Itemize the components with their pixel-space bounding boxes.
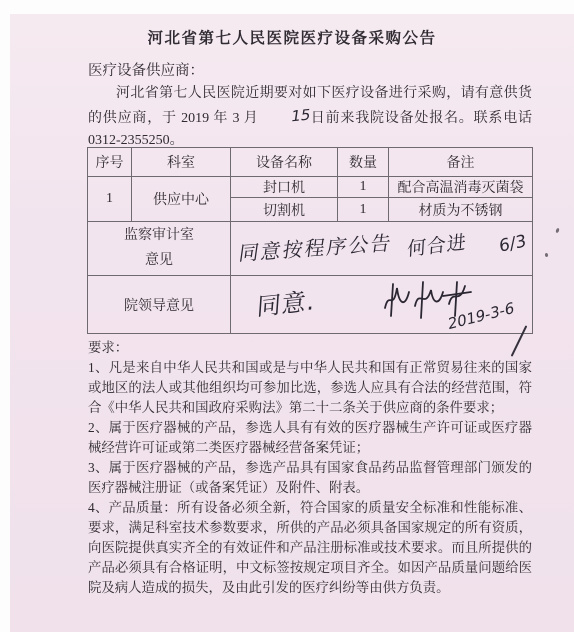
cell-note: 配合高温消毒灭菌袋 xyxy=(389,177,533,198)
audit-label-line2: 意见 xyxy=(88,249,230,274)
cell-qty: 1 xyxy=(338,177,389,198)
requirement-item-1: 1、凡是来自中华人民共和国或是与中华人民共和国有正常贸易往来的国家或地区的法人或… xyxy=(88,358,532,418)
requirement-item-3: 3、属于医疗器械的产品，参选产品具有国家食品药品监督管理部门颁发的医疗器械注册证… xyxy=(88,458,532,498)
header-cell-qty: 数量 xyxy=(338,148,389,177)
intro-paragraph: 河北省第七人民医院近期要对如下医疗设备进行采购，请有意供货的供应商，于 2019… xyxy=(88,83,532,153)
audit-handwritten-signature: 何合进 xyxy=(407,227,468,262)
audit-label-line1: 监察审计室 xyxy=(88,224,230,249)
procurement-table: 序号 科室 设备名称 数量 备注 1 供应中心 封口机 1 配合高温消毒灭菌袋 … xyxy=(87,147,533,334)
leader-opinion-row: 院领导意见 同意. 2019-3-6 xyxy=(88,276,533,334)
table-row: 1 供应中心 封口机 1 配合高温消毒灭菌袋 xyxy=(88,177,533,198)
requirements-heading: 要求： xyxy=(88,338,532,358)
cell-no: 1 xyxy=(88,177,132,222)
audit-handwritten-date: 6/3 xyxy=(499,231,527,257)
phone-number: 0312-2355250。 xyxy=(88,133,184,148)
cell-dept: 供应中心 xyxy=(132,177,231,222)
audit-opinion-row: 监察审计室 意见 同意按程序公告 何合进 6/3 xyxy=(88,222,533,276)
requirements-section: 要求： 1、凡是来自中华人民共和国或是与中华人民共和国有正常贸易往来的国家或地区… xyxy=(88,338,532,598)
header-cell-note: 备注 xyxy=(389,148,533,177)
table-header-row: 序号 科室 设备名称 数量 备注 xyxy=(88,148,533,177)
cell-device: 封口机 xyxy=(231,177,338,198)
requirement-item-4: 4、产品质量：所有设备必须全新，符合国家的质量安全标准和性能标准、要求，满足科室… xyxy=(88,498,532,598)
cell-device: 切割机 xyxy=(231,198,338,222)
audit-handwritten-opinion: 同意按程序公告 xyxy=(237,226,395,266)
header-cell-no: 序号 xyxy=(88,148,132,177)
header-cell-device: 设备名称 xyxy=(231,148,338,177)
audit-opinion-cell: 同意按程序公告 何合进 6/3 xyxy=(231,222,533,276)
intro-text-after-day: 日前来我院设备处报名。联系电话 xyxy=(310,111,532,126)
leader-handwritten-opinion: 同意. xyxy=(256,281,317,323)
requirement-item-2: 2、属于医疗器械的产品，参选人具有有效的医疗器械生产许可证或医疗器械经营许可证或… xyxy=(88,418,532,458)
cell-qty: 1 xyxy=(338,198,389,222)
header-cell-dept: 科室 xyxy=(132,148,231,177)
leader-row-label: 院领导意见 xyxy=(88,276,231,334)
leader-opinion-cell: 同意. 2019-3-6 xyxy=(231,276,533,334)
cell-note: 材质为不锈钢 xyxy=(389,198,533,222)
salutation-line: 医疗设备供应商： xyxy=(88,59,204,80)
audit-row-label: 监察审计室 意见 xyxy=(88,222,231,276)
handwritten-day-number: 15 xyxy=(261,103,312,130)
document-title: 河北省第七人民医院医疗设备采购公告 xyxy=(10,26,574,48)
